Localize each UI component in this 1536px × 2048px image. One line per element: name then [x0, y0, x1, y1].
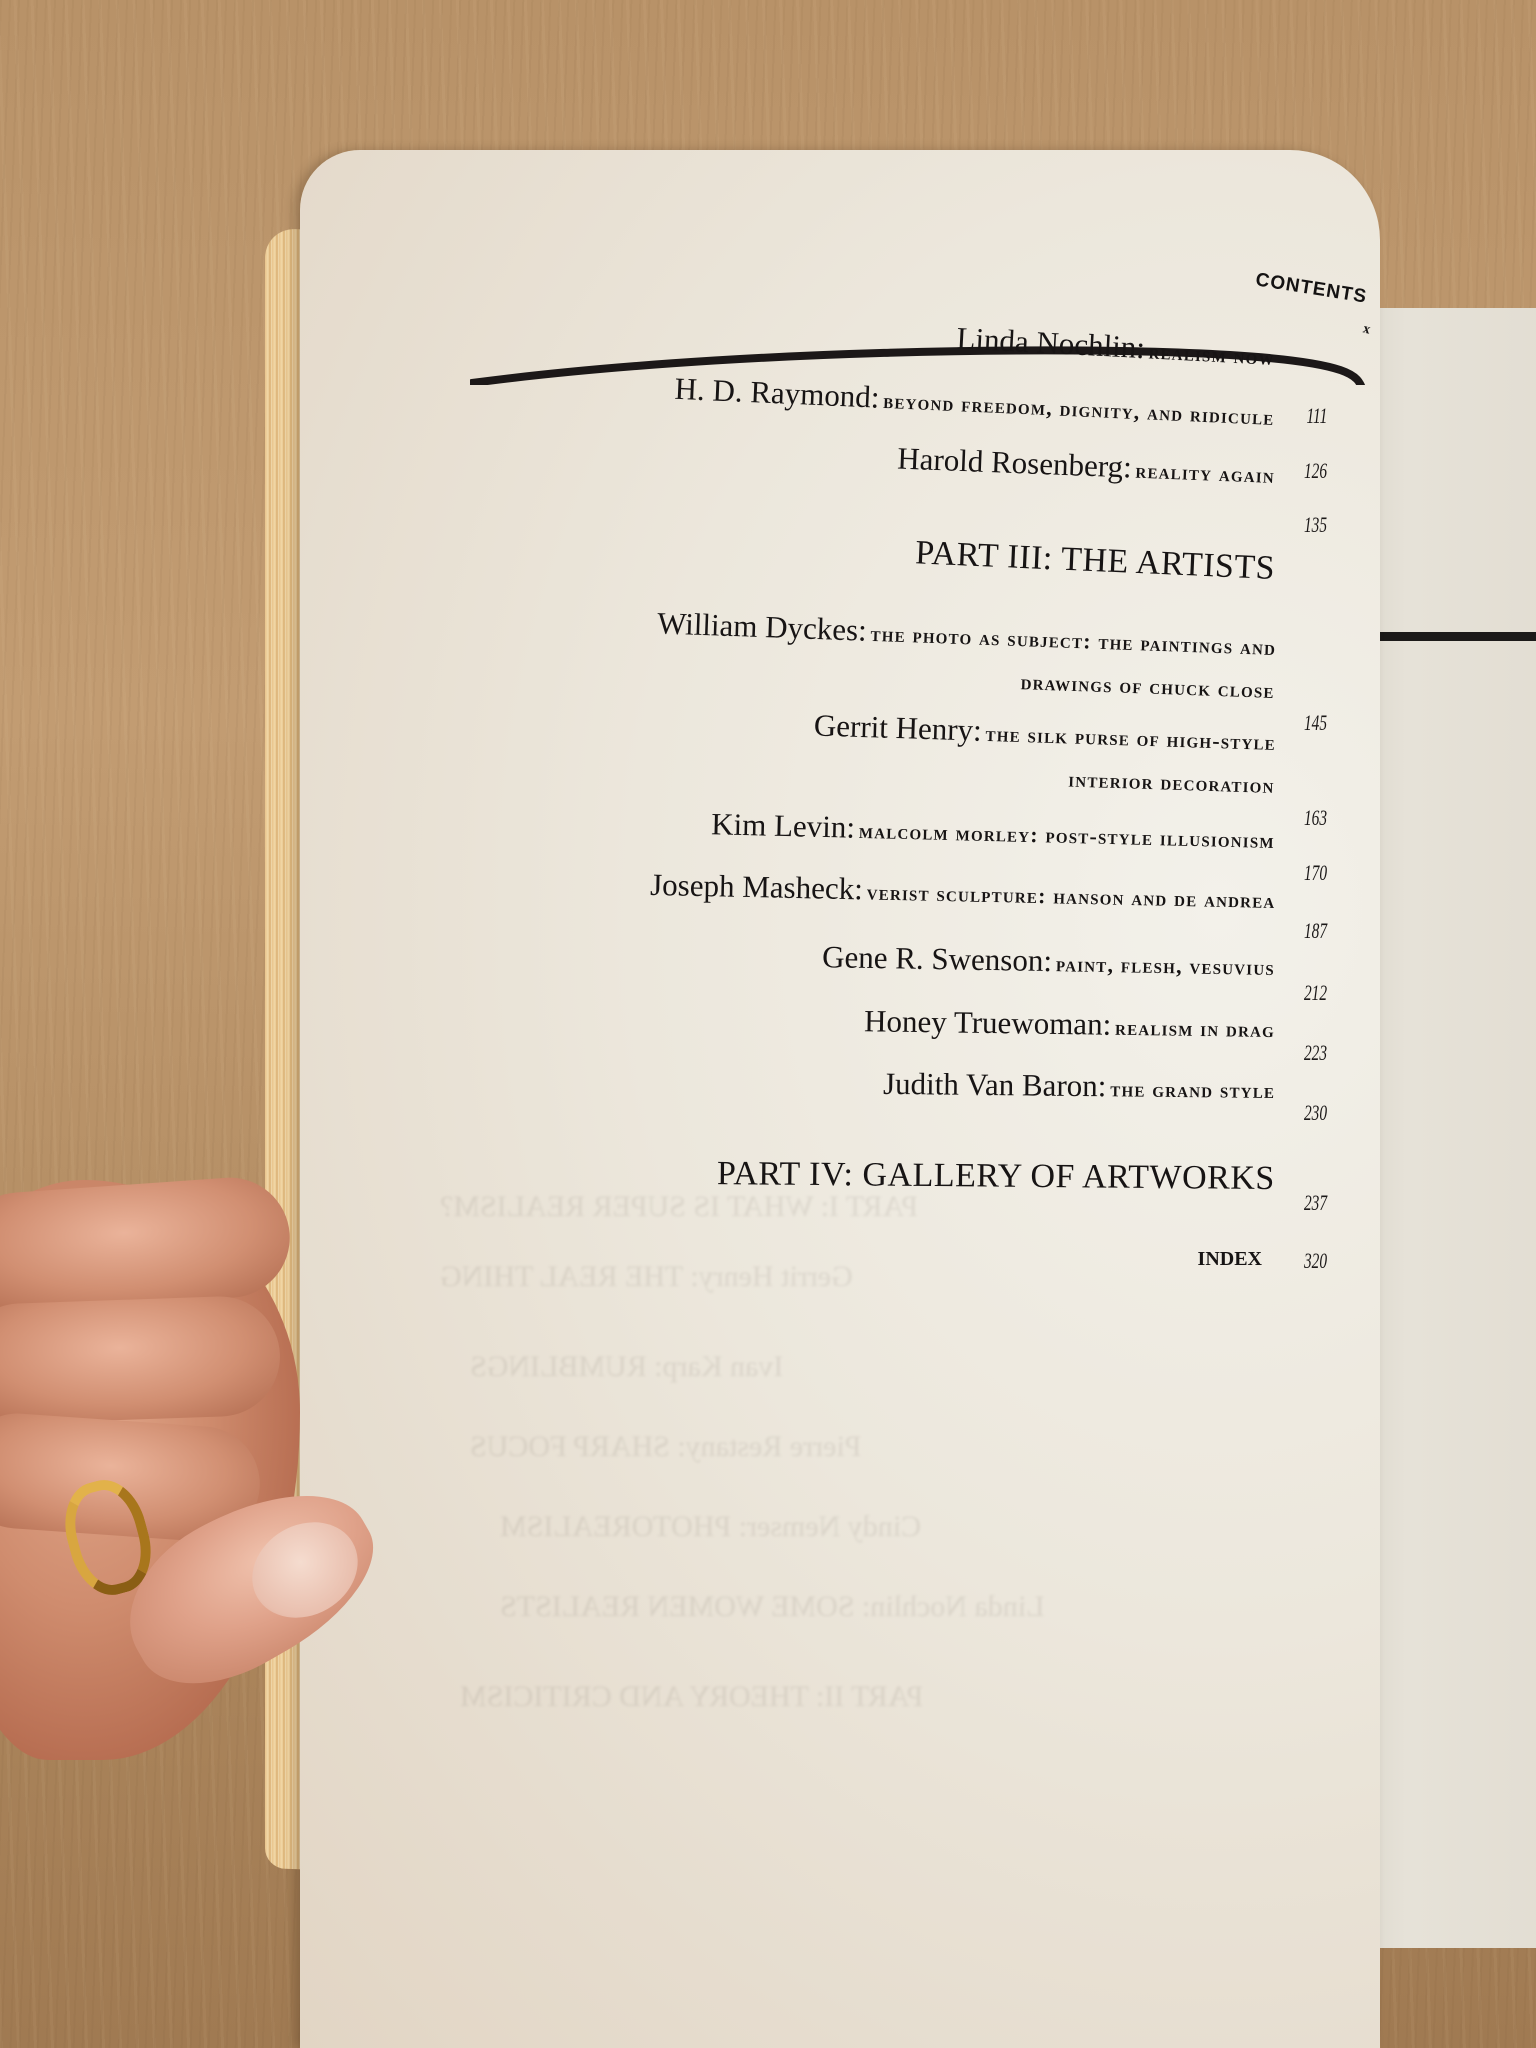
table-of-contents: Linda Nochlin: REALISM NOW 111 H. D. Ray… — [300, 150, 1380, 2048]
entry-page-number: 111 — [1307, 403, 1328, 429]
entry-title: VERIST SCULPTURE: HANSON AND DE ANDREA — [866, 879, 1275, 913]
facing-page-rule — [1372, 632, 1536, 641]
entry-author: Harold Rosenberg: — [897, 441, 1133, 485]
index-page-number: 320 — [1304, 1248, 1327, 1274]
part-page-number: 237 — [1304, 1190, 1327, 1216]
toc-entry[interactable]: Harold Rosenberg: REALITY AGAIN — [896, 439, 1275, 499]
entry-page-number: 230 — [1304, 1100, 1327, 1126]
toc-entry[interactable]: Judith Van Baron: THE GRAND STYLE — [883, 1064, 1276, 1114]
toc-entry[interactable]: Honey Truewoman: REALISM IN DRAG — [864, 1001, 1276, 1053]
entry-title: BEYOND FREEDOM, DIGNITY, AND RIDICULE — [883, 388, 1275, 430]
entry-title: MALCOLM MORLEY: POST-STYLE ILLUSIONISM — [859, 818, 1275, 853]
entry-page-number: 135 — [1304, 512, 1327, 538]
entry-title: REALISM IN DRAG — [1115, 1015, 1275, 1042]
entry-author: Honey Truewoman: — [864, 1003, 1112, 1041]
toc-entry[interactable]: Joseph Masheck: VERIST SCULPTURE: HANSON… — [649, 865, 1275, 924]
entry-author: Gerrit Henry: — [813, 707, 982, 747]
part-heading: PART III: THE ARTISTS — [914, 534, 1275, 588]
entry-author: Kim Levin: — [711, 806, 856, 845]
toc-entry[interactable]: Linda Nochlin: REALISM NOW — [955, 318, 1276, 381]
toc-entry[interactable]: William Dyckes: THE PHOTO AS SUBJECT: TH… — [654, 603, 1276, 711]
entry-title: THE PHOTO AS SUBJECT: THE PAINTINGS AND — [870, 621, 1276, 660]
entry-title: REALITY AGAIN — [1135, 458, 1275, 488]
entry-author: H. D. Raymond: — [674, 371, 880, 415]
contents-page: PART I: WHAT IS SUPER REALISM? Gerrit He… — [300, 150, 1380, 2048]
entry-title-continued: DRAWINGS OF CHUCK CLOSE — [654, 649, 1275, 711]
entry-page-number: 223 — [1304, 1040, 1327, 1066]
entry-title-continued: INTERIOR DECORATION — [812, 751, 1275, 806]
entry-author: Judith Van Baron: — [883, 1066, 1107, 1103]
toc-entry[interactable]: Gene R. Swenson: PAINT, FLESH, VESUVIUS — [822, 937, 1276, 991]
entry-page-number: 126 — [1304, 458, 1327, 484]
entry-author: William Dyckes: — [656, 605, 867, 647]
index-entry[interactable]: INDEX — [1198, 1248, 1262, 1271]
entry-author: Gene R. Swenson: — [822, 939, 1052, 978]
entry-page-number: 212 — [1304, 980, 1327, 1006]
entry-page-number: 163 — [1304, 805, 1327, 831]
entry-author: Joseph Masheck: — [649, 867, 862, 906]
toc-entry[interactable]: H. D. Raymond: BEYOND FREEDOM, DIGNITY, … — [674, 369, 1276, 441]
entry-title: THE GRAND STYLE — [1110, 1076, 1275, 1103]
middle-finger — [0, 1294, 282, 1425]
entry-title: THE SILK PURSE OF HIGH-STYLE — [985, 721, 1276, 755]
entry-page-number: 170 — [1304, 860, 1327, 886]
entry-page-number: 187 — [1304, 918, 1327, 944]
part-heading: PART IV: GALLERY OF ARTWORKS — [717, 1155, 1275, 1198]
toc-entry[interactable]: Gerrit Henry: THE SILK PURSE OF HIGH-STY… — [812, 705, 1277, 805]
entry-title: PAINT, FLESH, VESUVIUS — [1056, 951, 1275, 980]
entry-page-number: 145 — [1304, 710, 1327, 736]
entry-title: REALISM NOW — [1148, 338, 1275, 370]
entry-author: Linda Nochlin: — [956, 320, 1146, 365]
toc-entry[interactable]: Kim Levin: MALCOLM MORLEY: POST-STYLE IL… — [711, 804, 1276, 864]
